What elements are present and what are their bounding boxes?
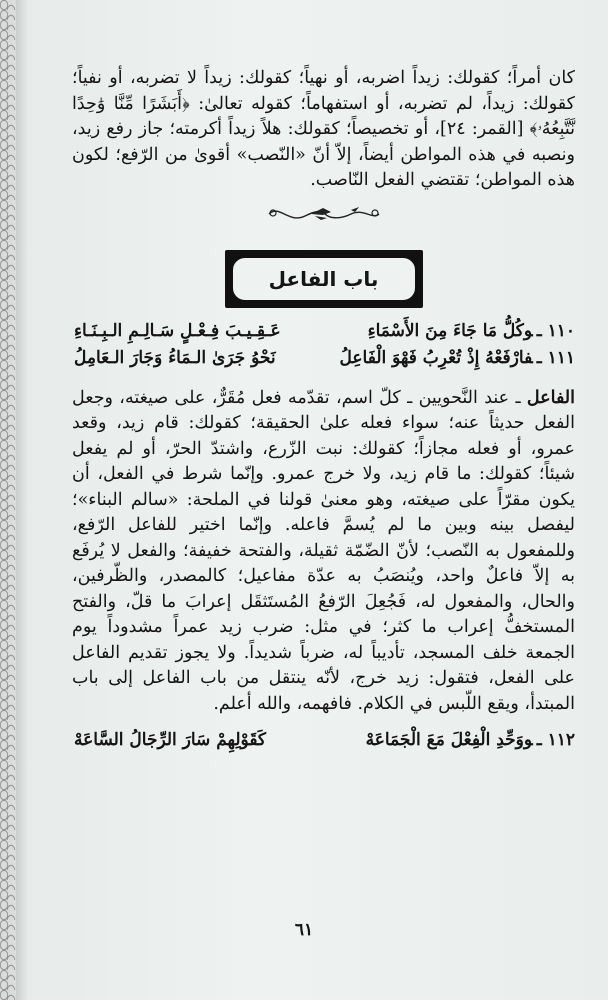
- chapter-heading-frame: باب الفاعل: [225, 250, 423, 308]
- intro-paragraph: كان أمراً؛ كقولك: زيداً اضربه، أو نهياً؛…: [72, 66, 575, 194]
- paragraph-lead-term: الفاعل: [527, 388, 575, 408]
- page-number: ٦١: [0, 920, 608, 940]
- verse-number: ١١٢ ـ: [537, 730, 575, 750]
- verse-second-hemistich: نَحْوُ جَرَىٰ الـمَاءُ وَجَارَ الـعَامِل…: [74, 345, 276, 372]
- floral-divider-icon: [72, 202, 575, 226]
- paragraph-text: ـ عند النَّحويين ـ كلّ اسم، تقدّمه فعل م…: [72, 388, 575, 714]
- book-binding-edge: [0, 0, 16, 1000]
- chapter-title: باب الفاعل: [231, 256, 417, 302]
- verse-number: ١١٠ ـ: [537, 321, 575, 341]
- verse-first-hemistich: ١١١ ـفارْفَعْهُ إِذْ تُعْرِبُ فَهْوَ الْ…: [340, 345, 575, 372]
- verse-line: ١١٠ ـوكُلُّ مَا جَاءَ مِنَ الأَسْمَاءِ ع…: [72, 318, 575, 345]
- verse-text: وكُلُّ مَا جَاءَ مِنَ الأَسْمَاءِ: [368, 321, 533, 341]
- verse-first-hemistich: ١١٢ ـووَحِّدِ الْفِعْلَ مَعَ الْجَمَاعَه…: [366, 727, 575, 754]
- verse-second-hemistich: كَقَوْلِهِمْ سَارَ الرِّجَالُ السَّاعَهْ: [74, 727, 266, 754]
- page-content: كان أمراً؛ كقولك: زيداً اضربه، أو نهياً؛…: [72, 66, 575, 754]
- verse-line: ١١٢ ـووَحِّدِ الْفِعْلَ مَعَ الْجَمَاعَه…: [72, 727, 575, 754]
- page-gutter-shadow: [16, 0, 28, 1000]
- verse-second-hemistich: عَـقِـيـبَ فِـعْـلٍ سَـالِـمِ الـبِـنَـا…: [74, 318, 281, 345]
- verse-line: ١١١ ـفارْفَعْهُ إِذْ تُعْرِبُ فَهْوَ الْ…: [72, 345, 575, 372]
- verses-top: ١١٠ ـوكُلُّ مَا جَاءَ مِنَ الأَسْمَاءِ ع…: [72, 318, 575, 372]
- verse-number: ١١١ ـ: [537, 348, 575, 368]
- verse-text: ووَحِّدِ الْفِعْلَ مَعَ الْجَمَاعَهْ: [366, 730, 533, 750]
- verse-first-hemistich: ١١٠ ـوكُلُّ مَا جَاءَ مِنَ الأَسْمَاءِ: [368, 318, 575, 345]
- body-paragraph: الفاعل ـ عند النَّحويين ـ كلّ اسم، تقدّم…: [72, 386, 575, 718]
- verses-bottom: ١١٢ ـووَحِّدِ الْفِعْلَ مَعَ الْجَمَاعَه…: [72, 727, 575, 754]
- verse-text: فارْفَعْهُ إِذْ تُعْرِبُ فَهْوَ الْفَاعِ…: [340, 348, 533, 368]
